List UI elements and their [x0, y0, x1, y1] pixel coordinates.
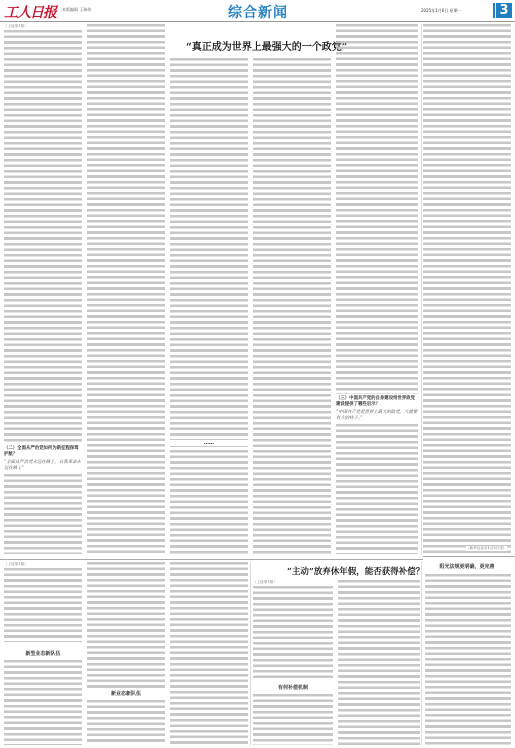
sidebar-divider [423, 556, 515, 557]
second-article-col-1b [253, 694, 333, 745]
lead-subhead-2: （二）全面从严治党如何为新征程保驾护航？ [4, 446, 82, 458]
body-text [253, 586, 333, 680]
body-text [425, 574, 511, 745]
body-text [253, 58, 331, 554]
lead-subhead-2-quote: “全面从严治党永远在路上，自我革命永远在路上” [4, 460, 82, 472]
column-separator [250, 562, 251, 745]
lead-article-col-5 [336, 24, 418, 394]
body-text [253, 694, 333, 745]
body-text [87, 700, 165, 745]
body-text [4, 568, 82, 642]
lead-article-col-1b [4, 474, 82, 554]
lead-headline: “真正成为世界上最强大的一个政党” [186, 38, 348, 53]
bottom-left-col-3 [170, 562, 248, 745]
bottom-left-col-1b [4, 660, 82, 745]
masthead-divider [0, 21, 515, 22]
body-text [87, 562, 165, 690]
lead-article-col-1: （上接第1版） [4, 24, 82, 444]
body-text [336, 424, 418, 554]
lead-subhead-3-quote: “中国共产党是世界上最大的政党，大就要有大的样子。” [336, 410, 418, 422]
page-number-badge: 3 [496, 3, 512, 18]
second-article-col-2 [338, 580, 420, 745]
bottom-left-col-2b [87, 700, 165, 745]
issue-date: 2025年1月6日 星期一 [421, 8, 462, 14]
bottom-left-subhead-2: 新业态新队伍 [87, 690, 165, 697]
section-title: 综合新闻 [228, 2, 288, 22]
bottom-left-col-2 [87, 562, 165, 690]
edition-info: 本版编辑 王瑞伟 [62, 7, 91, 13]
lead-article-col-3 [170, 58, 248, 554]
lead-article-col-6 [423, 24, 511, 554]
lead-subhead-3: （三）中国共产党的自身建设给世界政党建设提供了哪些启示？ [336, 396, 418, 408]
body-text [336, 24, 418, 394]
sidebar-article-col [425, 574, 511, 745]
masthead: 工人日报 本版编辑 王瑞伟 综合新闻 2025年1月6日 星期一 3 [0, 0, 515, 20]
bottom-left-col-1: （上接第1版） [4, 562, 82, 642]
second-article-subhead: 有何补偿机制 [253, 684, 333, 691]
column-separator [421, 562, 422, 745]
body-text [4, 474, 82, 554]
section-separator: …… [170, 440, 248, 446]
sidebar-headline: 阳光法规更明确，更完善 [423, 563, 511, 570]
bottom-left-subhead: 新型业态新队伍 [4, 650, 82, 657]
body-text [423, 24, 511, 554]
body-text [4, 660, 82, 745]
section-divider [0, 559, 423, 560]
column-separator [421, 24, 422, 554]
lead-article-col-2 [87, 24, 165, 554]
body-text [4, 30, 82, 444]
body-text [87, 24, 165, 554]
second-headline: “主动”放弃休年假，能否获得补偿？ [287, 565, 424, 577]
lead-article-col-4 [253, 58, 331, 554]
newspaper-logo: 工人日报 [4, 2, 56, 22]
second-article-col-1: （上接第1版） [253, 580, 333, 680]
body-text [170, 58, 248, 554]
lead-article-col-5b [336, 424, 418, 554]
body-text [338, 580, 420, 745]
lead-end-note: （新华社北京1月5日电） [466, 546, 507, 551]
body-text [170, 562, 248, 745]
